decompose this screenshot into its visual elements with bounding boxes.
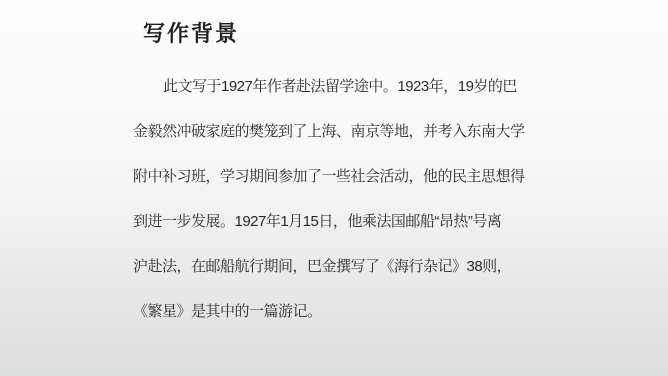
body-line: 附中补习班，学习期间参加了一些社会活动，他的民主思想得 <box>133 154 553 199</box>
body-line: 到进一步发展。1927年1月15日，他乘法国邮船“昂热”号离 <box>133 199 553 244</box>
body-line: 沪赴法，在邮船航行期间，巴金撰写了《海行杂记》38则， <box>133 244 553 289</box>
body-line: 此文写于1927年作者赴法留学途中。1923年，19岁的巴 <box>133 64 553 109</box>
body-line: 《繁星》是其中的一篇游记。 <box>133 289 553 334</box>
slide-body-paragraph: 此文写于1927年作者赴法留学途中。1923年，19岁的巴 金毅然冲破家庭的樊笼… <box>133 64 553 334</box>
slide-title: 写作背景 <box>143 18 239 50</box>
body-line: 金毅然冲破家庭的樊笼到了上海、南京等地，并考入东南大学 <box>133 109 553 154</box>
slide: 写作背景 此文写于1927年作者赴法留学途中。1923年，19岁的巴 金毅然冲破… <box>0 0 668 376</box>
